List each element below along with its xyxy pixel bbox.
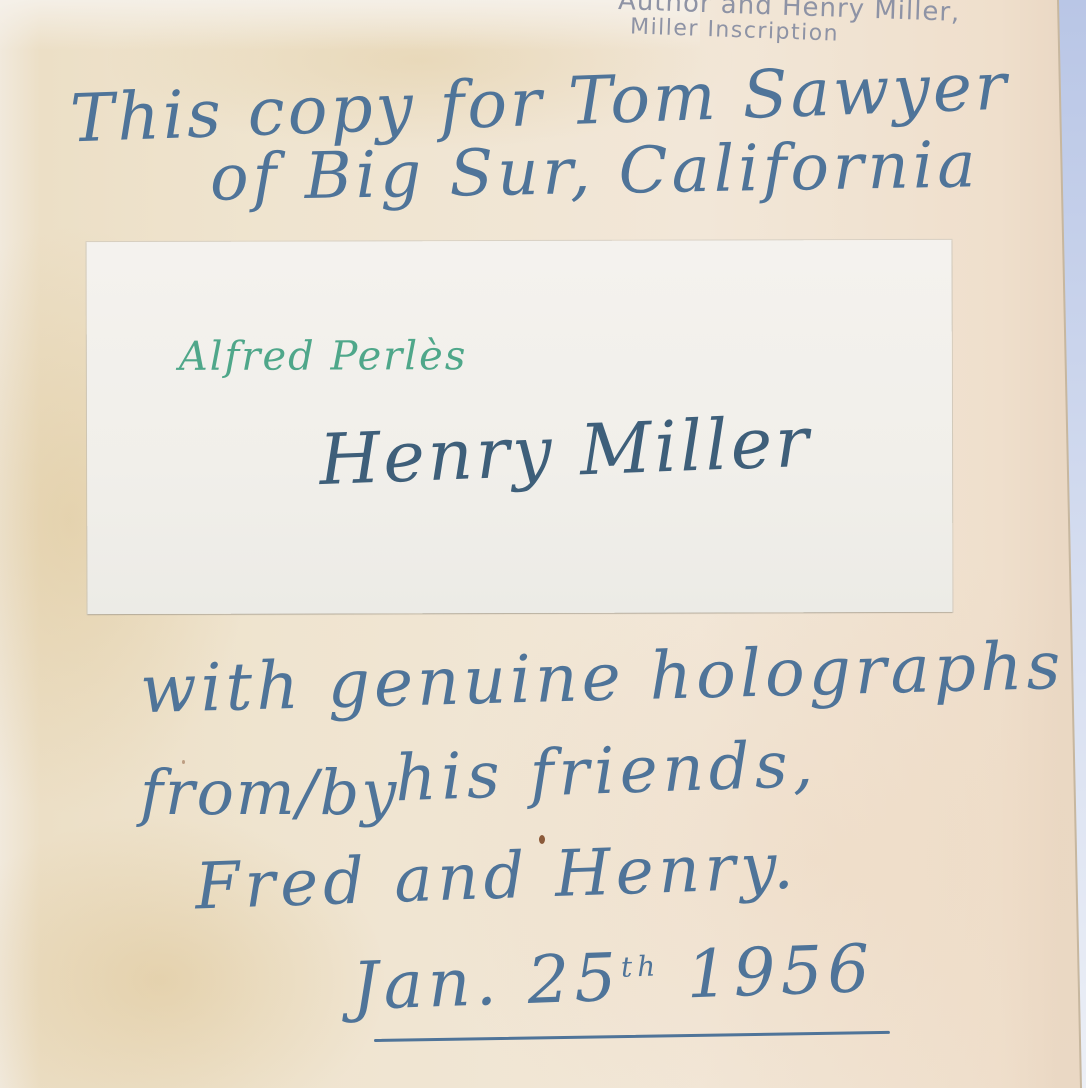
foxing-spot xyxy=(539,835,545,844)
date-ordinal: th xyxy=(620,949,660,983)
inscription-line-2: of Big Sur, California xyxy=(210,133,980,210)
photo-stage: Author and Henry Miller, Miller Inscript… xyxy=(0,0,1086,1088)
inscription-from-by: from/by xyxy=(140,762,398,824)
signature-alfred-perles: Alfred Perlès xyxy=(179,336,468,377)
inscription-date: Jan. 25th 1956 xyxy=(351,936,876,1020)
date-day: Jan. 25 xyxy=(351,939,623,1025)
foxing-spot xyxy=(182,760,185,764)
signature-henry-miller: Henry Miller xyxy=(318,407,813,495)
inscription-line-4: his friends, xyxy=(394,733,819,812)
date-year: 1956 xyxy=(685,930,876,1014)
top-light-fade xyxy=(0,0,700,50)
pasted-signature-card: Alfred Perlès Henry Miller xyxy=(87,240,953,614)
